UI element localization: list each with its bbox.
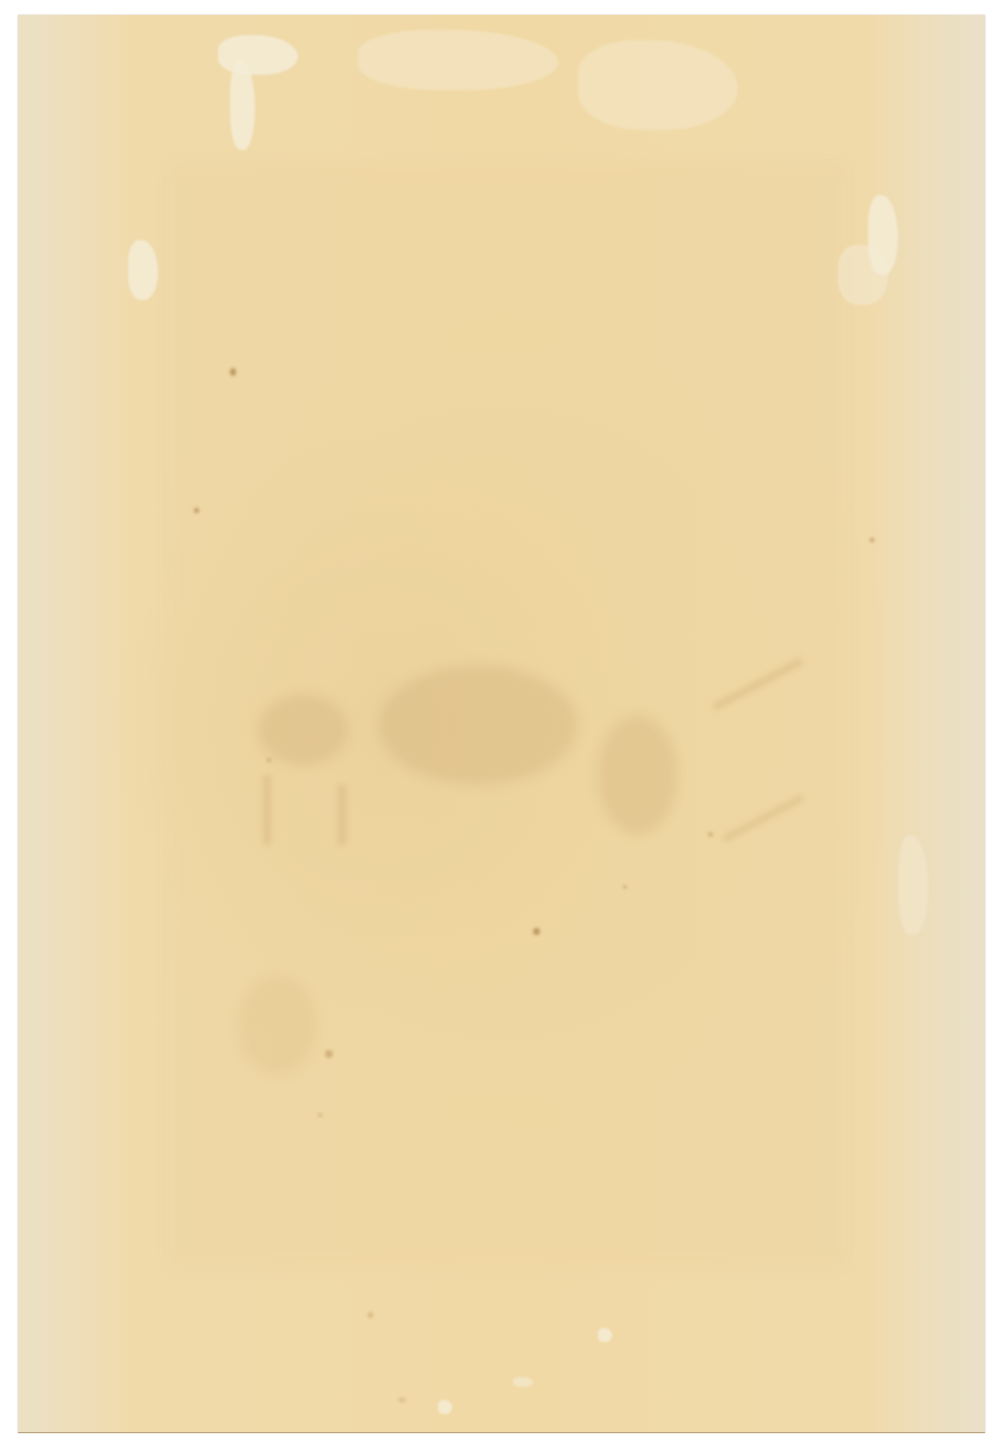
- paper-flake: [578, 40, 738, 130]
- foxing-spot: [230, 368, 236, 376]
- foxing-spot: [368, 1312, 373, 1318]
- foxing-spot: [194, 508, 199, 513]
- foxing-spot: [623, 885, 627, 889]
- foxing-spot: [325, 1050, 333, 1058]
- foxing-spot: [318, 1113, 322, 1117]
- foxing-spot: [533, 928, 540, 935]
- foxing-spot: [870, 538, 874, 542]
- foxing-spot: [398, 1397, 406, 1403]
- left-edge-discoloration: [18, 15, 138, 1432]
- foxing-spot: [708, 832, 713, 837]
- paper-streak: [263, 775, 271, 845]
- paper-flake: [598, 1328, 612, 1342]
- paper-flake: [358, 30, 558, 90]
- paper-flake: [218, 35, 298, 75]
- paper-stain: [238, 975, 318, 1075]
- paper-sheet: [18, 15, 985, 1433]
- paper-stain: [378, 665, 578, 785]
- paper-flake: [513, 1377, 533, 1387]
- paper-flake: [128, 240, 158, 300]
- paper-streak: [338, 785, 346, 845]
- paper-stain: [258, 695, 348, 765]
- paper-stain: [598, 715, 678, 835]
- foxing-spot: [267, 758, 271, 762]
- paper-flake: [438, 1400, 452, 1414]
